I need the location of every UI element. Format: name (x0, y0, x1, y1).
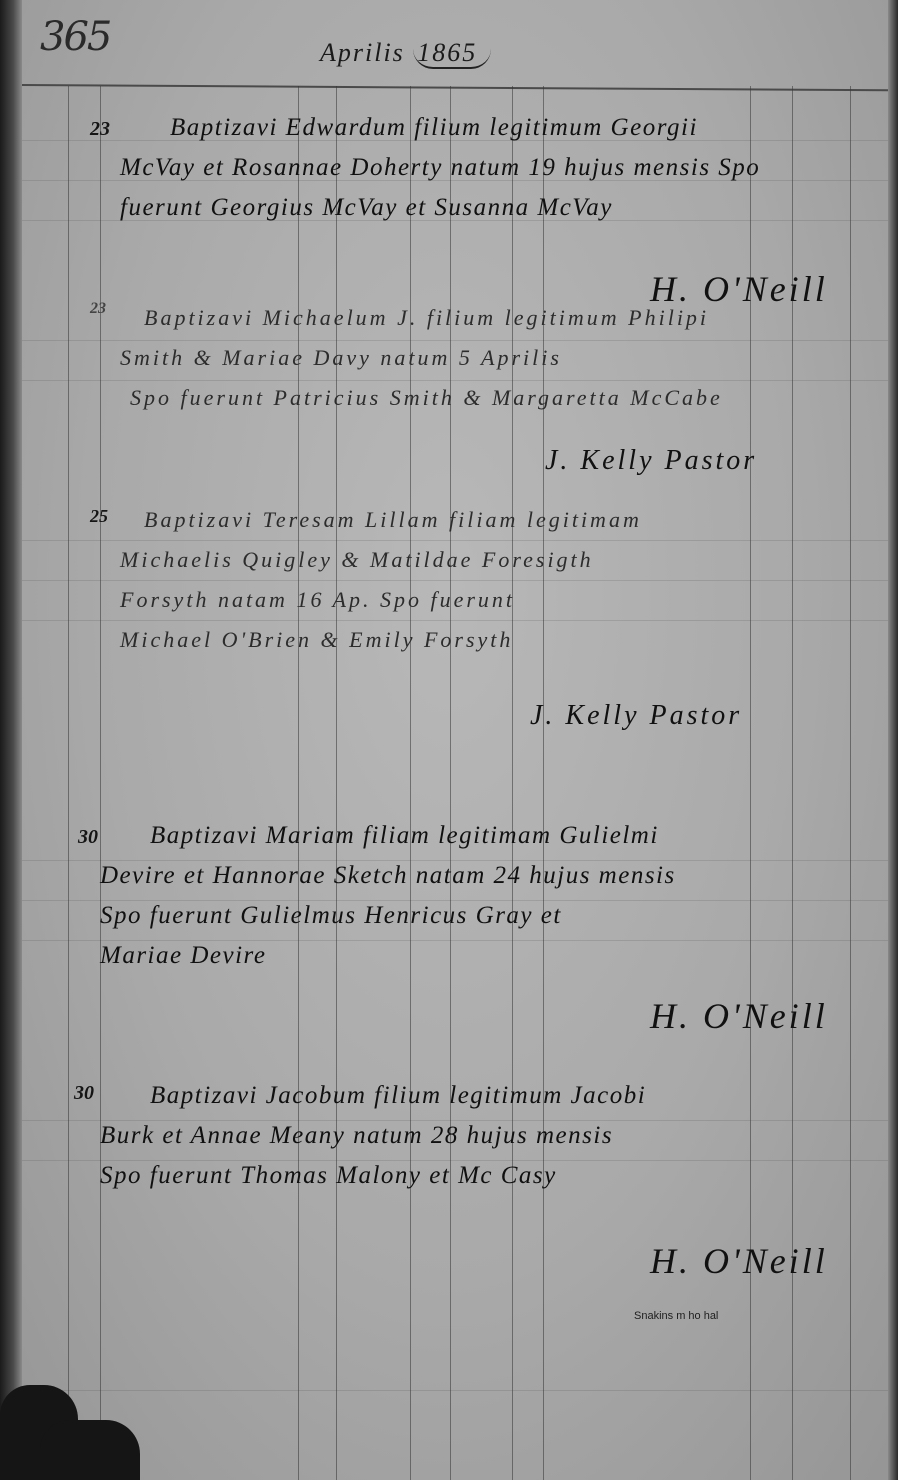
margin-note: Snakins m ho hal (634, 1310, 718, 1322)
column-rule (336, 86, 337, 1480)
column-rule (450, 86, 451, 1480)
register-page: 365 Aprilis 1865 23 Baptizavi Edwardum f… (0, 0, 898, 1480)
pastor-signature: J. Kelly Pastor (530, 700, 742, 732)
column-rule (543, 86, 544, 1480)
priest-signature: H. O'Neill (650, 995, 828, 1037)
entry-day: 30 (78, 826, 98, 849)
folio-number: 365 (40, 14, 110, 60)
baptism-entry: 23 Baptizavi Edwardum filium legitimum G… (100, 108, 878, 228)
entry-line: Spo fuerunt Thomas Malony et Mc Casy (100, 1156, 878, 1196)
column-rule (410, 86, 411, 1480)
month-header: Aprilis 1865 (320, 38, 491, 68)
entry-line: Baptizavi Edwardum filium legitimum Geor… (100, 108, 878, 148)
entry-line: Devire et Hannorae Sketch natam 24 hujus… (100, 856, 878, 896)
entry-line: Forsyth natam 16 Ap. Spo fuerunt (100, 580, 878, 620)
entry-day: 23 (90, 118, 110, 141)
entry-line: fuerunt Georgius McVay et Susanna McVay (100, 188, 878, 228)
column-rule (100, 86, 101, 1480)
year-label: 1865 (413, 38, 491, 69)
page-edge (888, 0, 898, 1480)
baptism-entry: 25 Baptizavi Teresam Lillam filiam legit… (100, 500, 878, 660)
scanner-finger-shadow (40, 1420, 140, 1480)
entry-line: Baptizavi Teresam Lillam filiam legitima… (100, 500, 878, 540)
column-rule (68, 86, 69, 1480)
entry-line: Smith & Mariae Davy natum 5 Aprilis (100, 338, 878, 378)
baptism-entry: 30 Baptizavi Jacobum filium legitimum Ja… (100, 1076, 878, 1196)
header-rule (22, 84, 888, 91)
entry-line: Michaelis Quigley & Matildae Foresigth (100, 540, 878, 580)
column-rule (512, 86, 513, 1480)
baptism-entry: 23 Baptizavi Michaelum J. filium legitim… (100, 298, 878, 418)
entry-line: Michael O'Brien & Emily Forsyth (100, 620, 878, 660)
entry-line: Baptizavi Mariam filiam legitimam Guliel… (100, 816, 878, 856)
ruled-line (22, 1390, 888, 1391)
month-label: Aprilis (320, 38, 405, 67)
entry-line: Mariae Devire (100, 936, 878, 976)
priest-signature: H. O'Neill (650, 1240, 828, 1282)
column-rule (298, 86, 299, 1480)
entry-line: Spo fuerunt Patricius Smith & Margaretta… (100, 378, 878, 418)
entry-line: Baptizavi Michaelum J. filium legitimum … (100, 298, 878, 338)
entry-line: Baptizavi Jacobum filium legitimum Jacob… (100, 1076, 878, 1116)
entry-line: Burk et Annae Meany natum 28 hujus mensi… (100, 1116, 878, 1156)
column-rule (850, 86, 851, 1480)
pastor-signature: J. Kelly Pastor (545, 445, 757, 477)
entry-day: 30 (74, 1082, 94, 1105)
entry-day: 25 (90, 506, 108, 527)
entry-line: McVay et Rosannae Doherty natum 19 hujus… (100, 148, 878, 188)
entry-line: Spo fuerunt Gulielmus Henricus Gray et (100, 896, 878, 936)
baptism-entry: 30 Baptizavi Mariam filiam legitimam Gul… (100, 816, 878, 976)
book-binding-shadow (0, 0, 22, 1480)
entry-day: 23 (90, 300, 106, 318)
